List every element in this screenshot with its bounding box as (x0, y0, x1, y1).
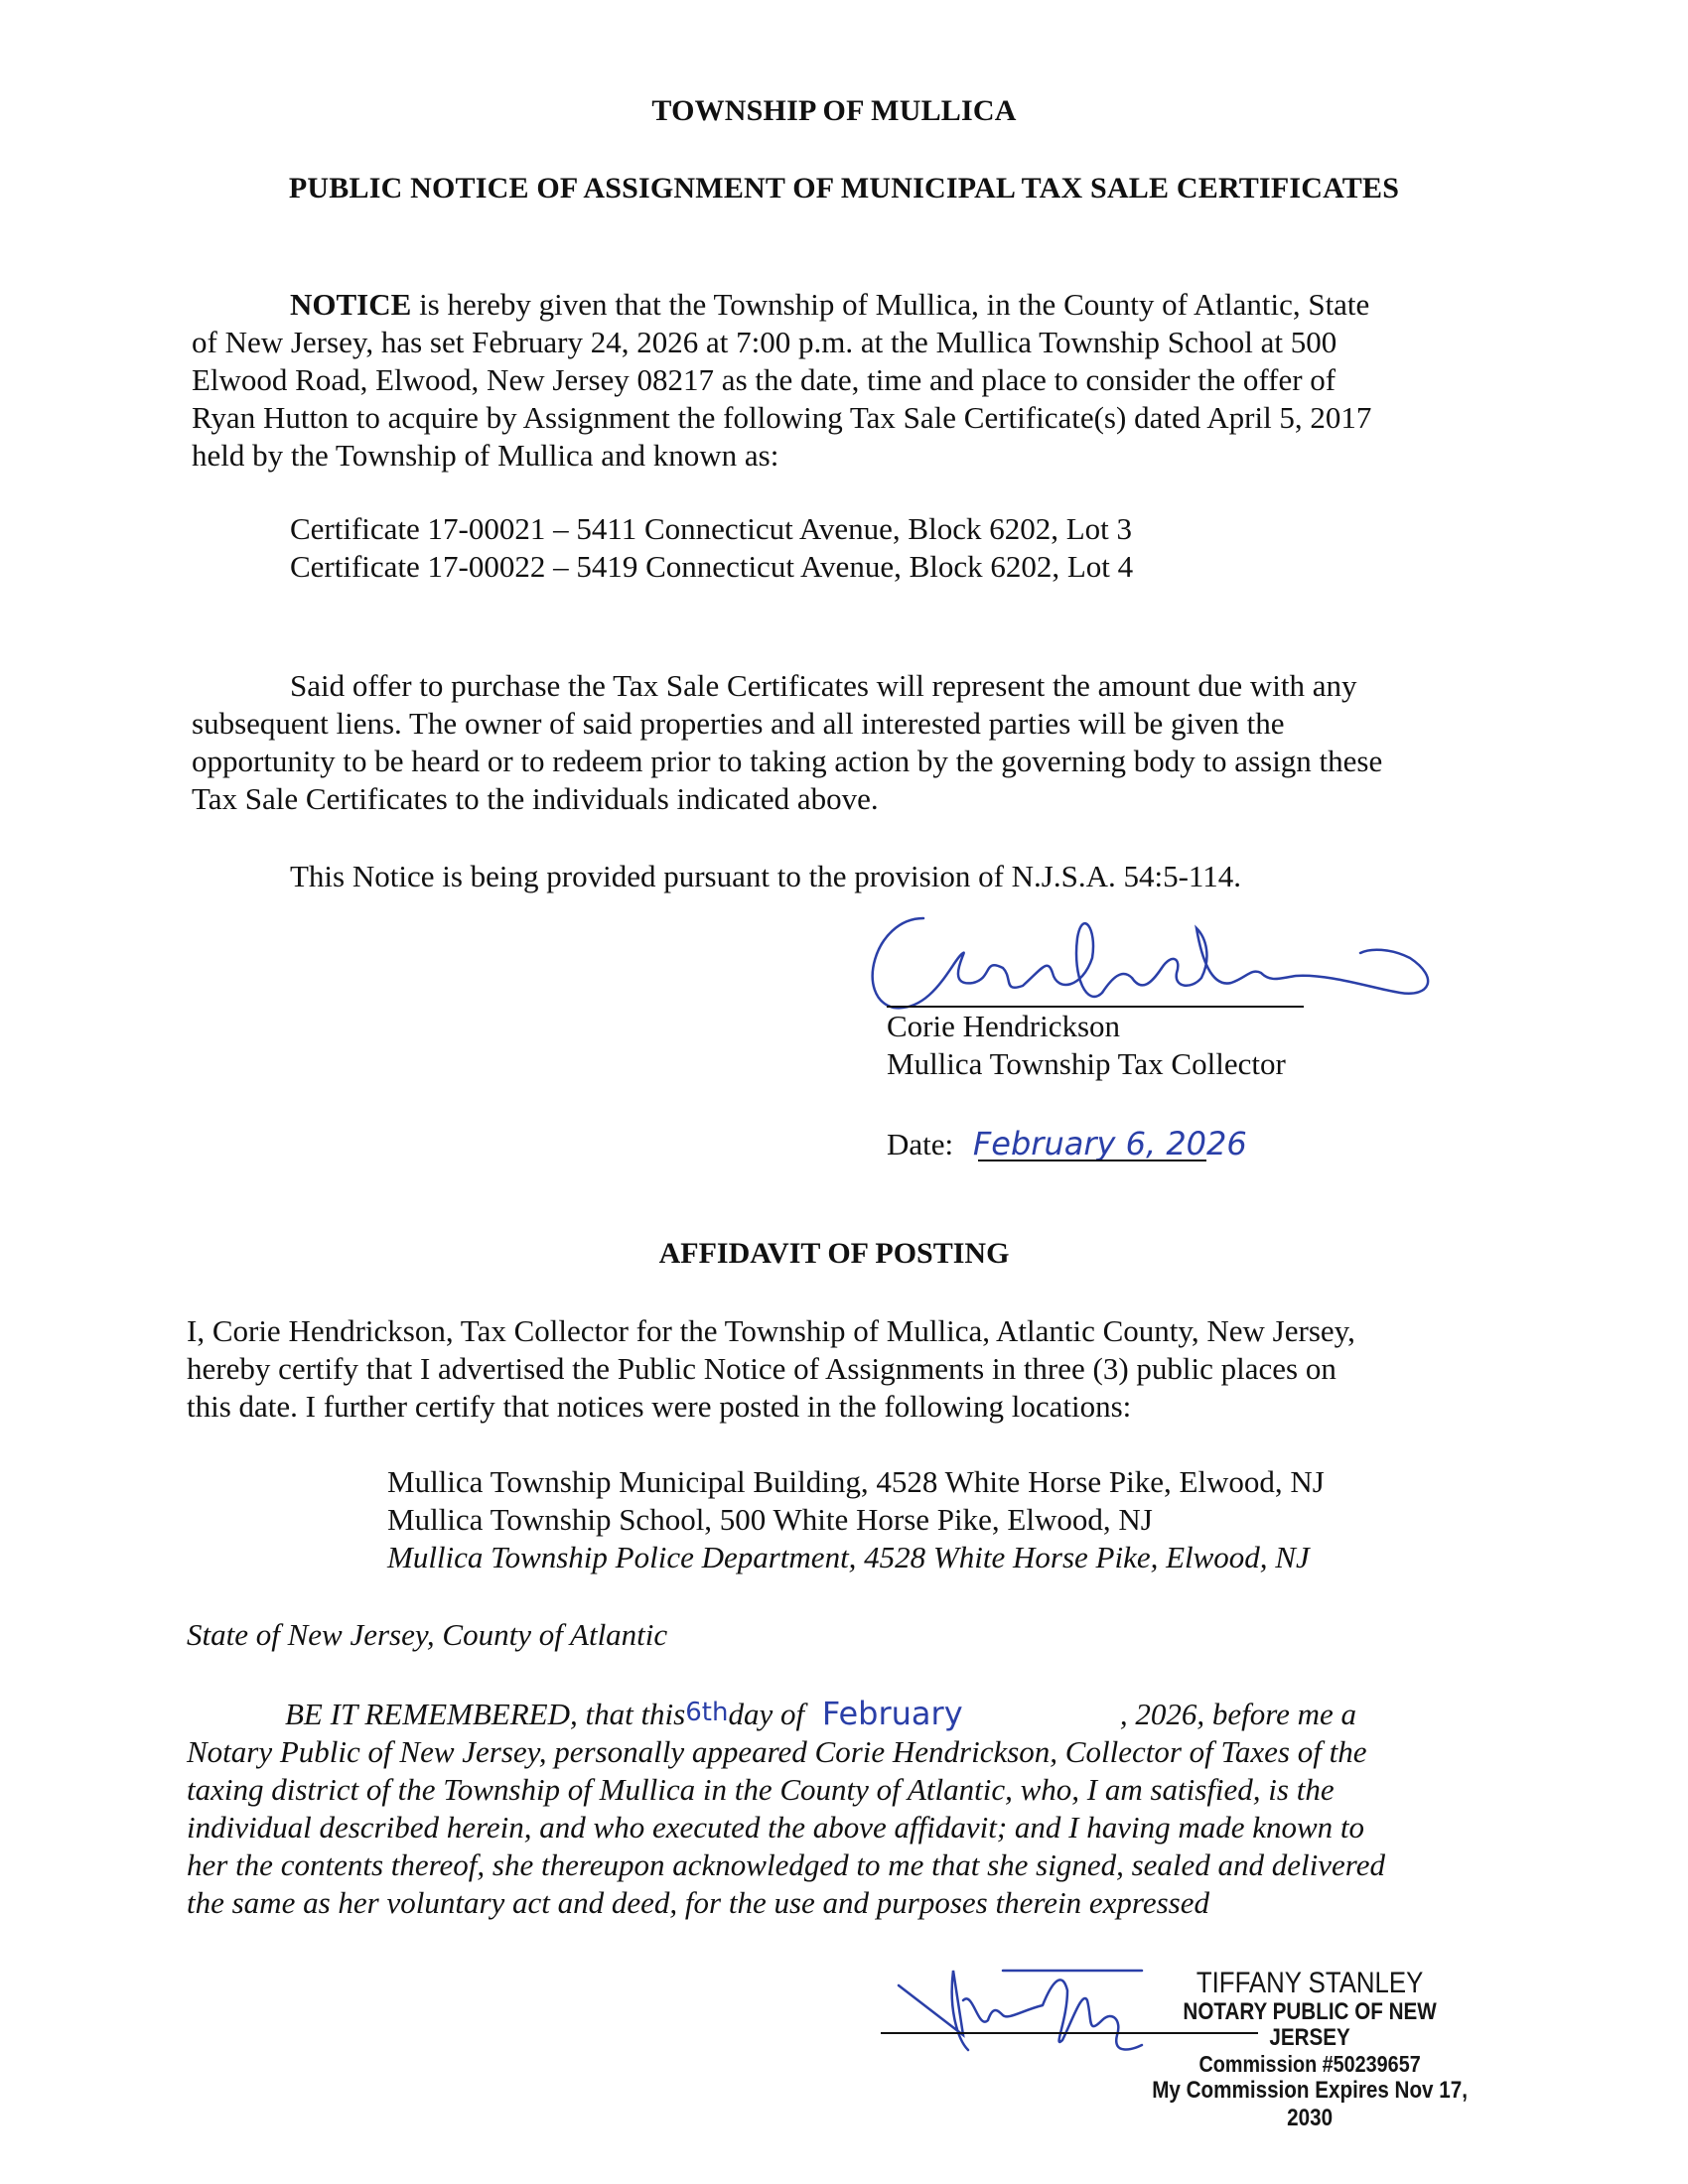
notary-name: TIFFANY STANLEY (1152, 1968, 1468, 1999)
location-item: Mullica Township Municipal Building, 452… (387, 1463, 1325, 1501)
collector-signature-icon (854, 898, 1450, 1018)
signature-date-row: Date: February 6, 2026 (887, 1125, 1247, 1162)
day-handwritten: 6th (685, 1698, 728, 1727)
offer-paragraph: Said offer to purchase the Tax Sale Cert… (192, 667, 1473, 818)
acknowledgment-line: Notary Public of New Jersey, personally … (187, 1733, 1507, 1771)
notary-expiration: My Commission Expires Nov 17, 2030 (1152, 2077, 1468, 2132)
notice-paragraph: NOTICE is hereby given that the Township… (192, 286, 1473, 475)
collector-block: Corie Hendrickson Mullica Township Tax C… (887, 1008, 1286, 1083)
affidavit-title: AFFIDAVIT OF POSTING (0, 1237, 1668, 1271)
notary-commission: Commission #50239657 (1152, 2051, 1468, 2077)
acknowledgment-line: individual described herein, and who exe… (187, 1809, 1507, 1846)
affidavit-line: this date. I further certify that notice… (187, 1388, 1507, 1426)
acknowledgment-line: taxing district of the Township of Mulli… (187, 1771, 1507, 1809)
offer-line: Said offer to purchase the Tax Sale Cert… (192, 667, 1473, 705)
offer-line: subsequent liens. The owner of said prop… (192, 705, 1473, 743)
notice-line: NOTICE is hereby given that the Township… (192, 286, 1473, 324)
acknowledgment-line: the same as her voluntary act and deed, … (187, 1884, 1507, 1922)
document-subtitle: PUBLIC NOTICE OF ASSIGNMENT OF MUNICIPAL… (0, 172, 1688, 205)
notice-line: Elwood Road, Elwood, New Jersey 08217 as… (192, 361, 1473, 399)
notice-line: held by the Township of Mullica and know… (192, 437, 1473, 475)
notary-stamp: TIFFANY STANLEY NOTARY PUBLIC OF NEW JER… (1152, 1968, 1468, 2132)
date-label: Date: (887, 1127, 953, 1161)
affidavit-line: I, Corie Hendrickson, Tax Collector for … (187, 1312, 1507, 1350)
location-item: Mullica Township Police Department, 4528… (387, 1539, 1325, 1576)
notary-title: NOTARY PUBLIC OF NEW JERSEY (1152, 1999, 1468, 2051)
month-handwritten: February (812, 1695, 1120, 1732)
acknowledgment-paragraph: BE IT REMEMBERED, that this6thday of Feb… (187, 1694, 1507, 1922)
date-handwritten: February 6, 2026 (973, 1125, 1247, 1162)
notice-line: Ryan Hutton to acquire by Assignment the… (192, 399, 1473, 437)
affidavit-paragraph: I, Corie Hendrickson, Tax Collector for … (187, 1312, 1507, 1426)
certificate-item: Certificate 17-00022 – 5419 Connecticut … (290, 548, 1133, 586)
document-title: TOWNSHIP OF MULLICA (0, 94, 1668, 128)
date-underline (978, 1160, 1206, 1161)
acknowledgment-line: her the contents thereof, she thereupon … (187, 1846, 1507, 1884)
notary-signature-icon (894, 1961, 1192, 2070)
venue-line: State of New Jersey, County of Atlantic (187, 1616, 667, 1654)
posting-locations: Mullica Township Municipal Building, 452… (387, 1463, 1325, 1576)
affidavit-line: hereby certify that I advertised the Pub… (187, 1350, 1507, 1388)
location-item: Mullica Township School, 500 White Horse… (387, 1501, 1325, 1539)
collector-name: Corie Hendrickson (887, 1008, 1286, 1045)
offer-line: Tax Sale Certificates to the individuals… (192, 780, 1473, 818)
notice-lead-word: NOTICE (290, 287, 411, 322)
offer-line: opportunity to be heard or to redeem pri… (192, 743, 1473, 780)
document-page: TOWNSHIP OF MULLICA PUBLIC NOTICE OF ASS… (0, 0, 1688, 2184)
certificate-item: Certificate 17-00021 – 5411 Connecticut … (290, 510, 1133, 548)
statute-paragraph: This Notice is being provided pursuant t… (192, 858, 1473, 895)
notice-line: of New Jersey, has set February 24, 2026… (192, 324, 1473, 361)
statute-line: This Notice is being provided pursuant t… (192, 858, 1473, 895)
acknowledgment-line: BE IT REMEMBERED, that this6thday of Feb… (187, 1694, 1507, 1733)
collector-title: Mullica Township Tax Collector (887, 1045, 1286, 1083)
certificate-list: Certificate 17-00021 – 5411 Connecticut … (290, 510, 1133, 586)
